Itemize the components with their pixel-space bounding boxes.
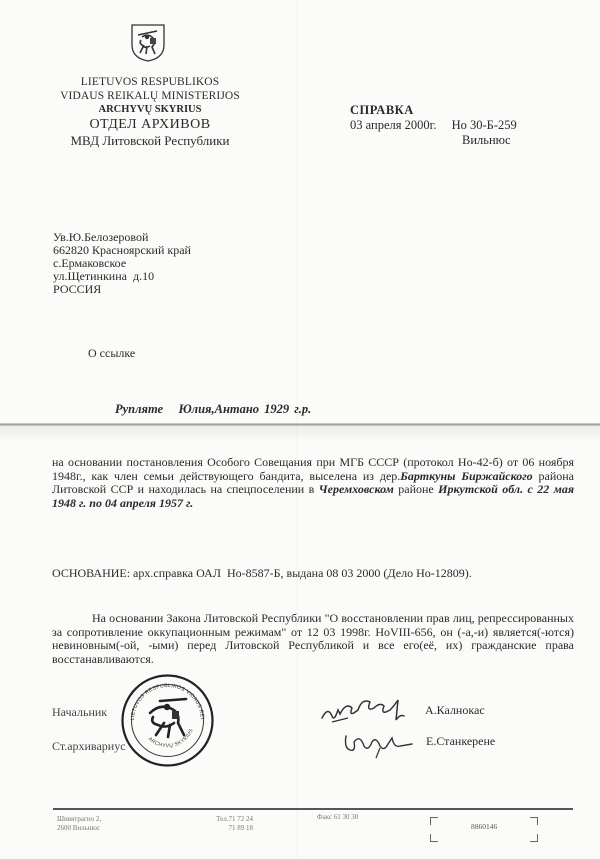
form-serial-number: 8860146 [471,822,497,831]
signatory-role-head: Начальник [52,705,107,720]
village-name: Барткуны Биржайского [400,469,532,483]
letterhead-line-1: LIETUVOS RESPUBLIKOS [60,75,240,89]
fold-shadow [0,426,600,442]
serial-bracket [530,834,538,842]
letterhead-line-3: ARCHYVŲ SKYRIUS [60,103,240,117]
letterhead-line-4: ОТДЕЛ АРХИВОВ [60,117,240,133]
letterhead: LIETUVOS RESPUBLIKOS VIDAUS REIKALŲ MINI… [60,75,240,149]
footer-address-line: Шивятрагио 2, [57,815,101,824]
recipient-address: Ув.Ю.Белозеровой 662820 Красноярский кра… [53,231,191,296]
body-text: районе [394,482,438,496]
certificate-number: Но 30-Б-259 [452,118,517,132]
certificate-title: СПРАВКА [350,103,517,118]
serial-bracket [430,834,438,842]
recipient-line: РОССИЯ [53,283,191,296]
letterhead-line-5: МВД Литовской Республики [60,133,240,149]
signatory-name-archivist: Е.Станкерене [426,734,495,749]
basis-line: ОСНОВАНИЕ: арх.справка ОАЛ Но-8587-Б, вы… [52,566,472,581]
signatory-name-head: А.Калнокас [425,703,485,718]
serial-bracket [530,817,538,825]
vytis-coat-of-arms-icon [130,23,166,63]
footer-phone: Тел.71 72 24 [205,815,253,824]
certificate-header: СПРАВКА 03 апреля 2000г. Но 30-Б-259 Вил… [350,103,517,148]
person-name: Рупляте Юлия,Антано 1929 г.р. [115,402,311,417]
certificate-date: 03 апреля 2000г. [350,118,436,132]
certificate-body: на основании постановления Особого Совещ… [52,456,574,510]
footer-fax: Факс 61 30 30 [317,813,358,822]
serial-bracket [430,817,438,825]
letterhead-line-2: VIDAUS REIKALŲ MINISTERIJOS [60,89,240,103]
district-name: Черемховском [319,482,394,496]
document-page: LIETUVOS RESPUBLIKOS VIDAUS REIKALŲ MINI… [0,0,600,859]
signatory-role-archivist: Ст.архивариус [52,739,126,754]
official-seal-stamp-icon: LIETUVOS RESPUBLIKOS VIDAUS REIKALŲ ARCH… [120,673,215,768]
rehabilitation-paragraph: На основании Закона Литовской Республики… [52,612,574,666]
footer-phone: 71 89 18 [205,824,253,833]
footer-address: Шивятрагио 2, 2600 Вильнюс [57,815,101,833]
footer-address-line: 2600 Вильнюс [57,824,101,833]
signature-archivist [340,728,420,760]
subject-line: О ссылке [88,346,135,361]
footer-divider [53,808,573,810]
footer-phones: Тел.71 72 24 71 89 18 [205,815,253,833]
certificate-city: Вильнюс [350,133,517,148]
